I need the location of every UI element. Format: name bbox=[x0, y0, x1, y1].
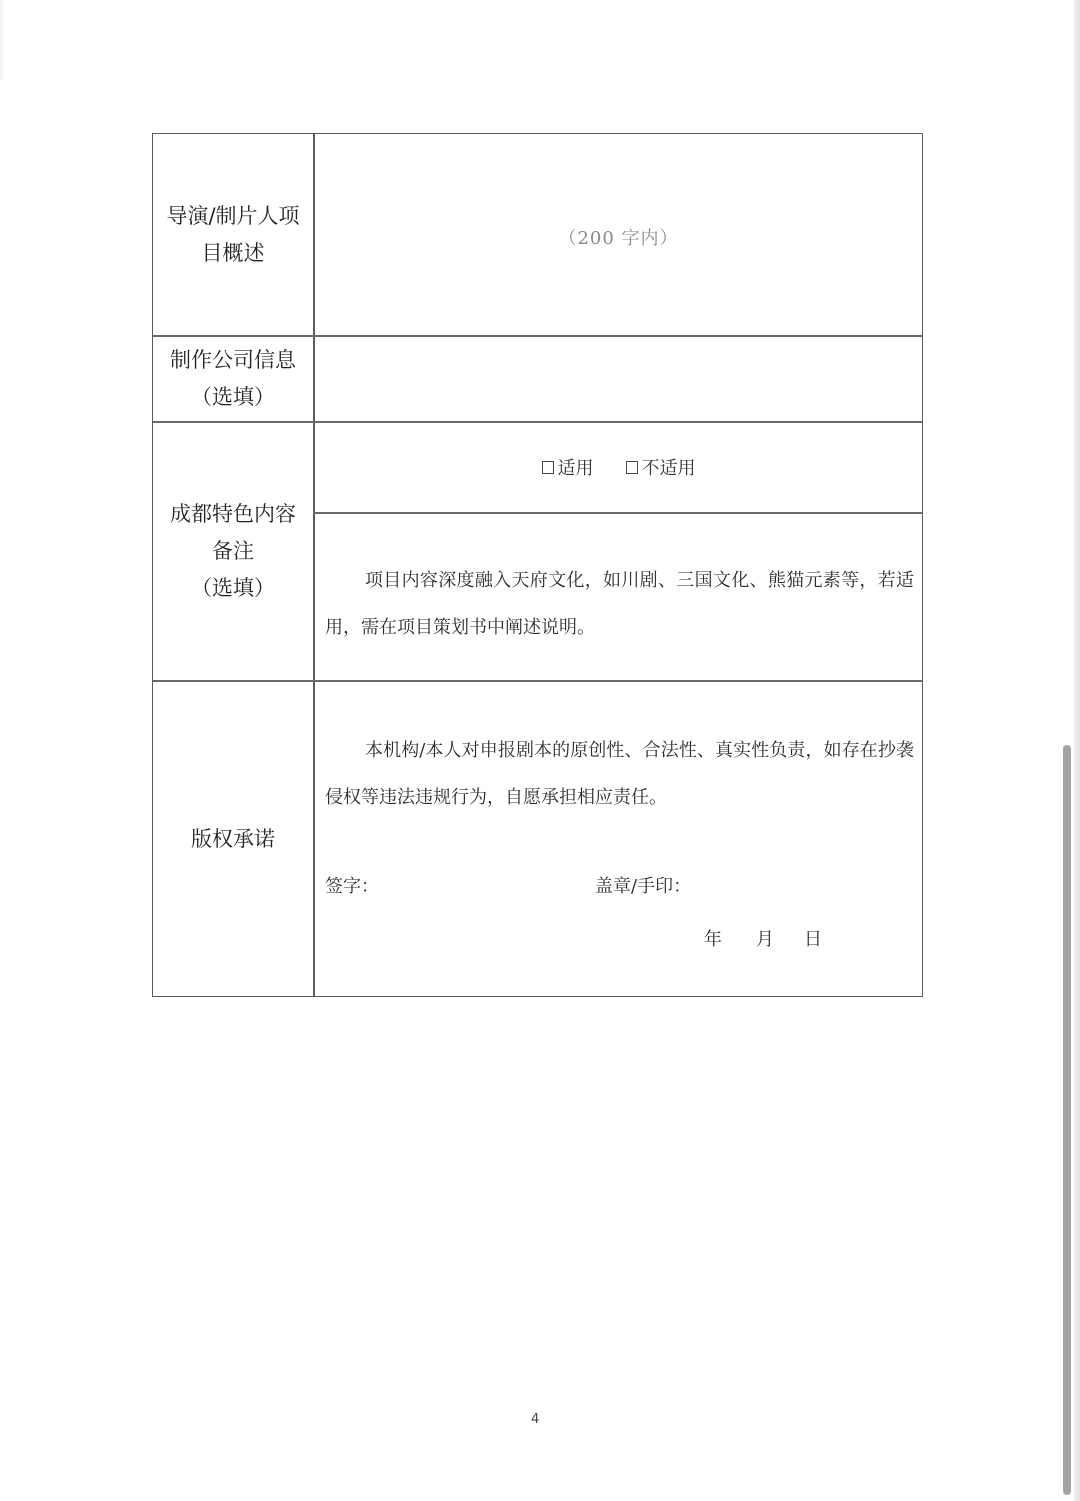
checkbox-icon[interactable] bbox=[626, 461, 638, 474]
checkbox-icon[interactable] bbox=[542, 461, 554, 474]
date-row: 年 月 日 bbox=[704, 925, 822, 951]
label-line: （选填） bbox=[170, 570, 296, 607]
applicability-options: 适用 不适用 bbox=[315, 422, 922, 512]
label-line: 成都特色内容 bbox=[170, 496, 296, 533]
page-shadow-right bbox=[1074, 0, 1080, 1501]
chengdu-content-note: 项目内容深度融入天府文化，如川剧、三国文化、熊猫元素等，若适用，需在项目策划书中… bbox=[315, 514, 922, 680]
signature-label: 签字： bbox=[325, 872, 379, 898]
application-form-table: 导演/制片人项 目概述 （200 字内） 制作公司信息 （选填） 成都特色内容 … bbox=[152, 133, 923, 997]
label-production-company: 制作公司信息 （选填） bbox=[153, 336, 313, 421]
seal-label: 盖章/手印： bbox=[595, 872, 691, 898]
option-not-applicable[interactable]: 不适用 bbox=[626, 454, 696, 480]
page-shadow-left bbox=[0, 0, 3, 80]
option-label: 不适用 bbox=[642, 454, 696, 480]
label-line: 目概述 bbox=[166, 235, 299, 272]
label-copyright-commitment: 版权承诺 bbox=[153, 681, 313, 997]
option-label: 适用 bbox=[558, 454, 594, 480]
note-text: 项目内容深度融入天府文化，如川剧、三国文化、熊猫元素等，若适用，需在项目策划书中… bbox=[315, 557, 922, 651]
date-month: 月 bbox=[756, 925, 804, 951]
label-project-overview: 导演/制片人项 目概述 bbox=[153, 134, 313, 335]
date-day: 日 bbox=[804, 925, 822, 951]
word-limit-hint: （200 字内） bbox=[315, 224, 922, 250]
project-overview-field[interactable]: （200 字内） bbox=[315, 134, 922, 335]
date-year: 年 bbox=[704, 925, 756, 951]
label-chengdu-content: 成都特色内容 备注 （选填） bbox=[153, 422, 313, 680]
copyright-commitment-cell: 本机构/本人对申报剧本的原创性、合法性、真实性负责，如存在抄袭侵权等违法违规行为… bbox=[315, 681, 922, 997]
label-line: 版权承诺 bbox=[191, 821, 275, 858]
label-line: （选填） bbox=[170, 379, 296, 416]
label-line: 制作公司信息 bbox=[170, 342, 296, 379]
production-company-field[interactable] bbox=[315, 336, 922, 421]
vertical-scrollbar[interactable] bbox=[1063, 745, 1071, 1495]
label-line: 导演/制片人项 bbox=[166, 198, 299, 235]
page-number: 4 bbox=[531, 1412, 539, 1427]
option-applicable[interactable]: 适用 bbox=[542, 454, 594, 480]
label-line: 备注 bbox=[170, 533, 296, 570]
commitment-statement: 本机构/本人对申报剧本的原创性、合法性、真实性负责，如存在抄袭侵权等违法违规行为… bbox=[315, 727, 922, 821]
